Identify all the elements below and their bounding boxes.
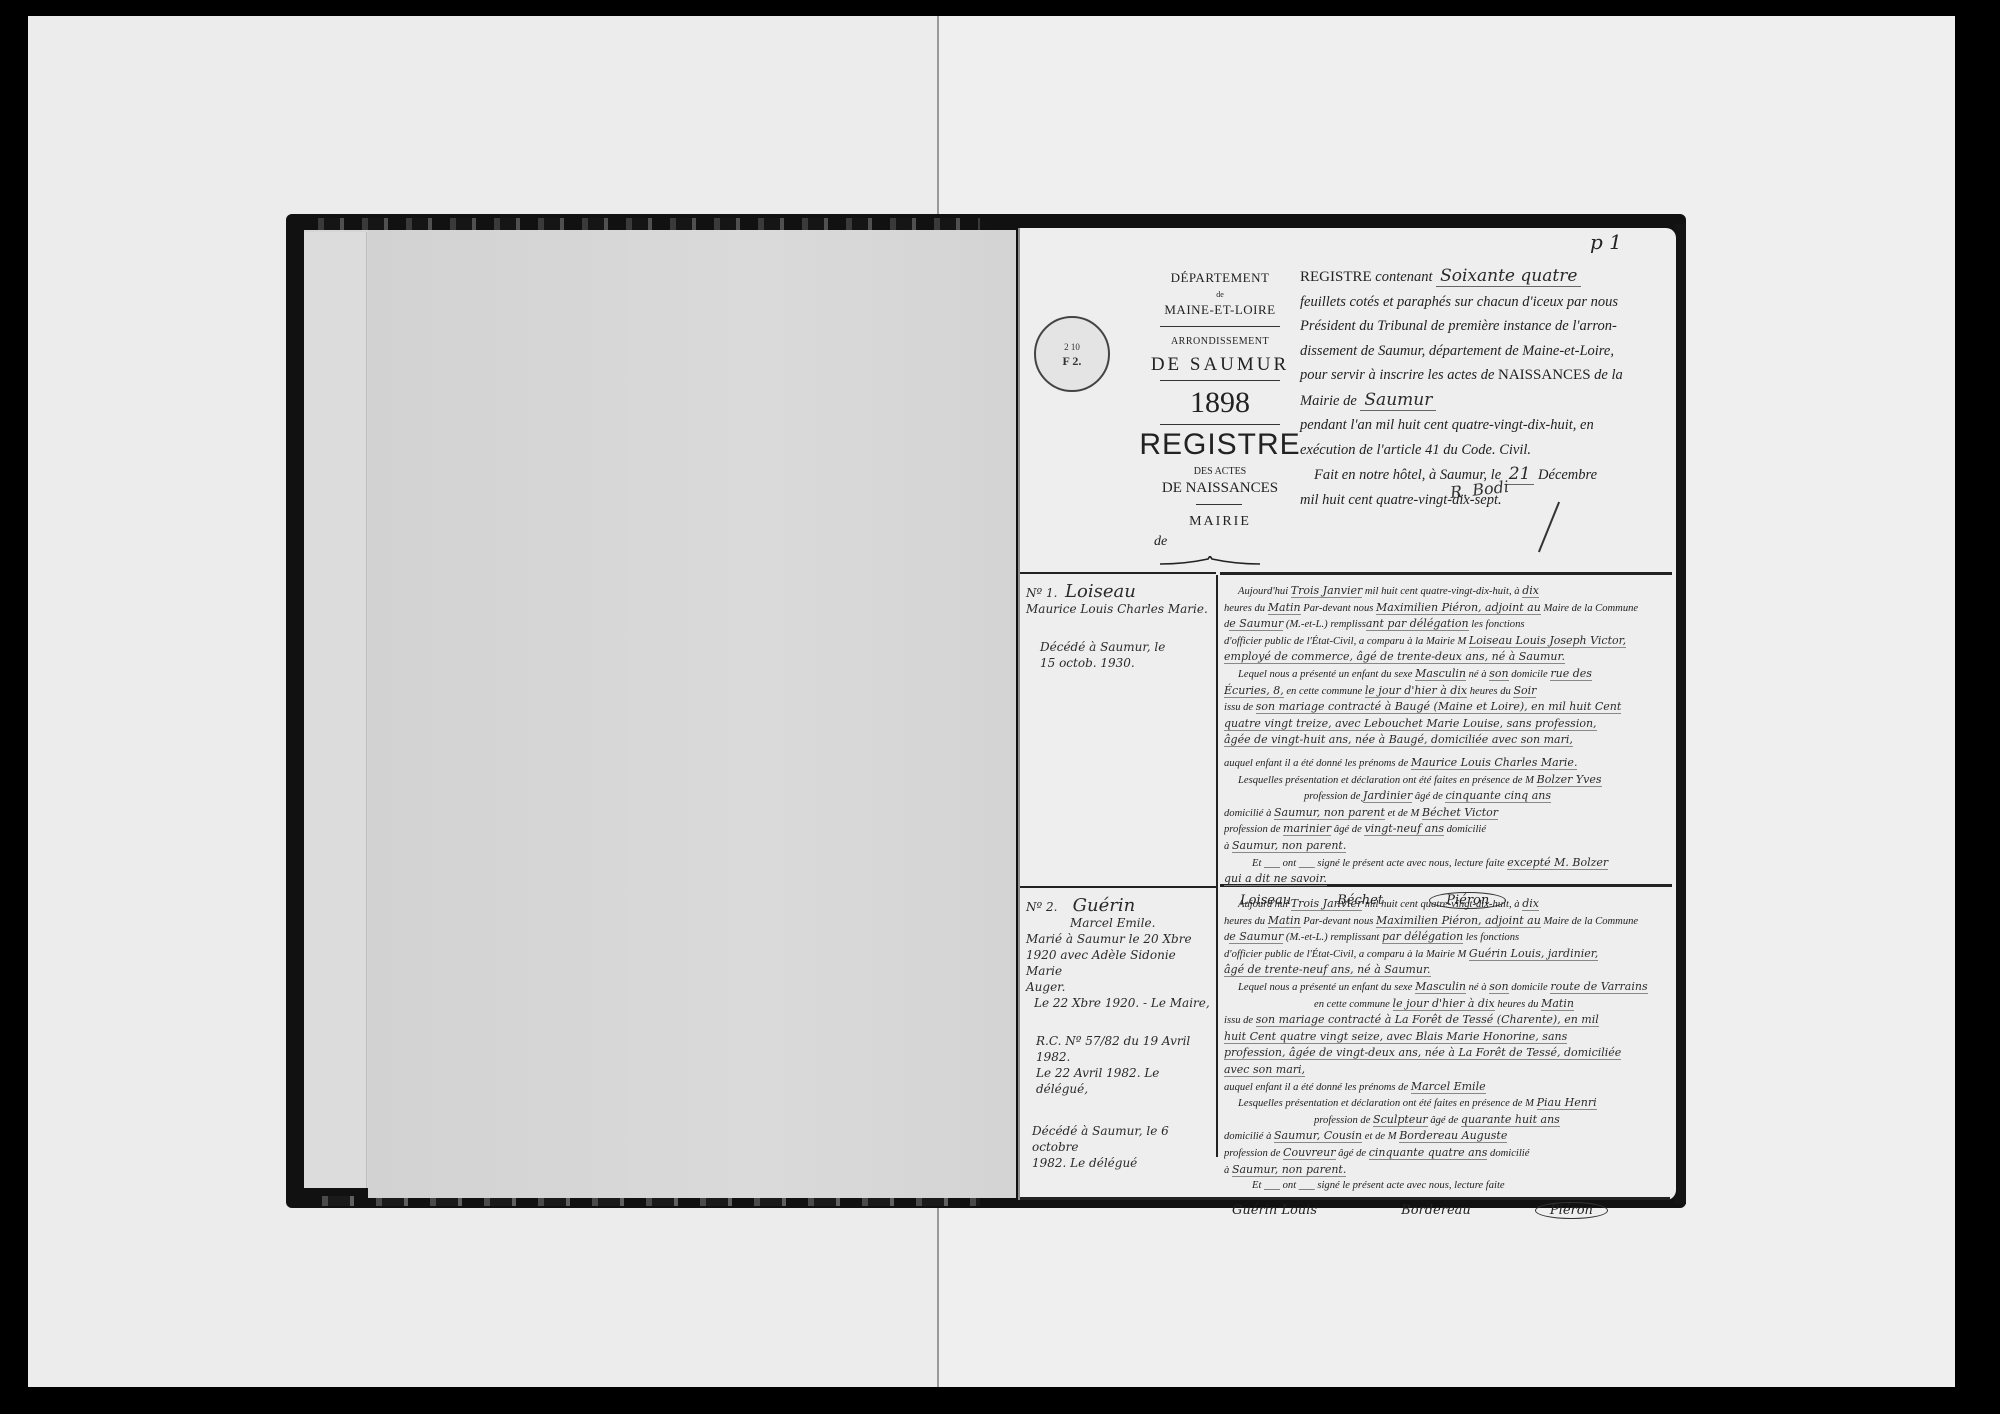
left-page-flyleaf bbox=[304, 232, 367, 1188]
entry-2-signatures: Guérin Louis Bordereau Piéron bbox=[1224, 1202, 1670, 1220]
margin-annotation: 1920 avec Adèle Sidonie Marie bbox=[1026, 947, 1212, 979]
margin-annotation: Marié à Saumur le 20 Xbre bbox=[1026, 931, 1212, 947]
act-line: employé de commerce, âgé de trente-deux … bbox=[1224, 649, 1670, 666]
act-line: Aujourd'hui Trois Janvier mil huit cent … bbox=[1224, 583, 1670, 600]
intro-line: pendant l'an mil huit cent quatre-vingt-… bbox=[1300, 413, 1648, 438]
intro-text: contenant bbox=[1372, 269, 1436, 285]
intro-registre-word: REGISTRE bbox=[1300, 269, 1372, 285]
entry-surname: Loiseau bbox=[1065, 581, 1136, 602]
act-line: heures du Matin Par-devant nous Maximili… bbox=[1224, 913, 1670, 930]
entry-1-margin: Nº 1. Loiseau Maurice Louis Charles Mari… bbox=[1026, 584, 1212, 671]
act-line: auquel enfant il a été donné les prénoms… bbox=[1224, 755, 1670, 772]
act-line: Aujourd'hui Trois Janvier mil huit cent … bbox=[1224, 896, 1670, 913]
entry-1-act-text: Aujourd'hui Trois Janvier mil huit cent … bbox=[1224, 583, 1670, 909]
intro-naissances-word: NAISSANCES bbox=[1498, 367, 1591, 383]
margin-annotation: 1982. Le délégué bbox=[1026, 1155, 1212, 1171]
mairie-label: MAIRIE bbox=[1120, 514, 1320, 530]
act-line: en cette commune le jour d'hier à dix he… bbox=[1224, 996, 1670, 1013]
margin-annotation: Décédé à Saumur, le 6 octobre bbox=[1026, 1123, 1212, 1155]
act-line: profession de marinier âgé de vingt-neuf… bbox=[1224, 821, 1670, 838]
margin-annotation: R.C. Nº 57/82 du 19 Avril 1982. bbox=[1026, 1033, 1212, 1065]
act-line: issu de son mariage contracté à Baugé (M… bbox=[1224, 699, 1670, 716]
entry-2-margin: Nº 2. Guérin Marcel Emile. Marié à Saumu… bbox=[1026, 898, 1212, 1171]
department-de: de bbox=[1120, 290, 1320, 299]
left-page-blank-sheet bbox=[368, 230, 1016, 1198]
table-column-divider bbox=[1216, 575, 1218, 1157]
act-line: Lequel nous a présenté un enfant du sexe… bbox=[1224, 666, 1670, 683]
margin-annotation: Auger. bbox=[1026, 979, 1212, 995]
fiscal-stamp-seal-icon: 2 10 F 2. bbox=[1034, 316, 1110, 392]
act-line: avec son mari, bbox=[1224, 1062, 1670, 1079]
handwritten-leaf-count: Soixante quatre bbox=[1436, 266, 1581, 287]
act-line: à Saumur, non parent. bbox=[1224, 838, 1670, 855]
register-type: DE NAISSANCES bbox=[1120, 480, 1320, 497]
act-line: Et ___ ont ___ signé le présent acte ave… bbox=[1224, 1178, 1670, 1194]
entry-number: Nº 1. bbox=[1026, 586, 1057, 600]
entry-number-and-surname: Nº 1. Loiseau bbox=[1026, 584, 1212, 601]
act-line: issu de son mariage contracté à La Forêt… bbox=[1224, 1012, 1670, 1029]
act-line: Et ___ ont ___ signé le présent acte ave… bbox=[1224, 855, 1670, 872]
act-line: qui a dit ne savoir. bbox=[1224, 871, 1670, 888]
arrondissement-name: DE SAUMUR bbox=[1120, 354, 1320, 376]
act-line: de Saumur (M.-et-L.) remplissant par dél… bbox=[1224, 616, 1670, 633]
folio-number: p 1 bbox=[1590, 230, 1622, 254]
intro-line: REGISTRE contenant Soixante quatre bbox=[1300, 264, 1648, 290]
register-subtitle: DES ACTES bbox=[1120, 466, 1320, 477]
act-line: d'officier public de l'État-Civil, a com… bbox=[1224, 946, 1670, 963]
act-line: profession, âgée de vingt-deux ans, née … bbox=[1224, 1045, 1670, 1062]
act-line: domicilié à Saumur, Cousin et de M Borde… bbox=[1224, 1128, 1670, 1145]
intro-text: Décembre bbox=[1534, 467, 1597, 483]
table-rule-top-margin bbox=[1020, 572, 1216, 574]
act-line: heures du Matin Par-devant nous Maximili… bbox=[1224, 600, 1670, 617]
register-year: 1898 bbox=[1120, 386, 1320, 420]
intro-line: Président du Tribunal de première instan… bbox=[1300, 314, 1648, 339]
table-rule-entry-separator-margin bbox=[1020, 886, 1216, 888]
act-line: âgée de vingt-huit ans, née à Baugé, dom… bbox=[1224, 732, 1670, 749]
decorative-brace-icon bbox=[1160, 556, 1260, 566]
department-name: MAINE-ET-LOIRE bbox=[1120, 302, 1320, 318]
handwritten-commune: Saumur bbox=[1360, 390, 1436, 411]
act-line: quatre vingt treize, avec Lebouchet Mari… bbox=[1224, 716, 1670, 733]
act-line: Lequel nous a présenté un enfant du sexe… bbox=[1224, 979, 1670, 996]
margin-annotation: Décédé à Saumur, le bbox=[1026, 639, 1212, 655]
margin-annotation: Le 22 Xbre 1920. - Le Maire, bbox=[1026, 995, 1212, 1011]
intro-text: Mairie de bbox=[1300, 393, 1360, 409]
entry-number-and-surname: Nº 2. Guérin bbox=[1026, 898, 1212, 915]
act-line: à Saumur, non parent. bbox=[1224, 1162, 1670, 1179]
act-line: profession de Jardinier âgé de cinquante… bbox=[1224, 788, 1670, 805]
seal-value: F 2. bbox=[1036, 354, 1108, 369]
entry-surname: Guérin bbox=[1073, 895, 1136, 916]
act-line: Lesquelles présentation et déclaration o… bbox=[1224, 1095, 1670, 1112]
intro-text: de la bbox=[1591, 367, 1623, 383]
entry-given-names: Marcel Emile. bbox=[1026, 915, 1212, 931]
intro-line: feuillets cotés et paraphés sur chacun d… bbox=[1300, 290, 1648, 315]
handwritten-day: 21 bbox=[1505, 464, 1535, 485]
intro-line: dissement de Saumur, département de Main… bbox=[1300, 339, 1648, 364]
act-line: huit Cent quatre vingt seize, avec Blais… bbox=[1224, 1029, 1670, 1046]
intro-text: pour servir à inscrire les actes de bbox=[1300, 367, 1498, 383]
signature: Guérin Louis bbox=[1232, 1203, 1317, 1219]
act-line: profession de Couvreur âgé de cinquante … bbox=[1224, 1145, 1670, 1162]
entry-given-names: Maurice Louis Charles Marie. bbox=[1026, 601, 1212, 617]
mairie-de: de bbox=[1154, 534, 1167, 550]
act-line: Écuries, 8, en cette commune le jour d'h… bbox=[1224, 683, 1670, 700]
entry-2-act-text: Aujourd'hui Trois Janvier mil huit cent … bbox=[1224, 896, 1670, 1219]
register-certification-paragraph: REGISTRE contenant Soixante quatre feuil… bbox=[1300, 264, 1648, 512]
intro-line: pour servir à inscrire les actes de NAIS… bbox=[1300, 363, 1648, 388]
act-line: de Saumur (M.-et-L.) remplissant par dél… bbox=[1224, 929, 1670, 946]
intro-line: Mairie de Saumur bbox=[1300, 388, 1648, 414]
arrondissement-label: ARRONDISSEMENT bbox=[1120, 336, 1320, 347]
header-rule bbox=[1160, 424, 1280, 425]
header-rule bbox=[1160, 380, 1280, 381]
act-line: domicilié à Saumur, non parent et de M B… bbox=[1224, 805, 1670, 822]
intro-line: exécution de l'article 41 du Code. Civil… bbox=[1300, 438, 1648, 463]
act-line: âgé de trente-neuf ans, né à Saumur. bbox=[1224, 962, 1670, 979]
act-line: auquel enfant il a été donné les prénoms… bbox=[1224, 1079, 1670, 1096]
seal-text: 2 10 bbox=[1036, 342, 1108, 352]
table-rule-top-main bbox=[1220, 572, 1672, 575]
signature: Bordereau bbox=[1401, 1203, 1471, 1219]
margin-annotation: 15 octob. 1930. bbox=[1026, 655, 1212, 671]
margin-annotation: Le 22 Avril 1982. Le délégué, bbox=[1026, 1065, 1212, 1097]
signature: Piéron bbox=[1535, 1202, 1608, 1220]
entry-number: Nº 2. bbox=[1026, 900, 1057, 914]
act-line: d'officier public de l'État-Civil, a com… bbox=[1224, 633, 1670, 650]
department-label: DÉPARTEMENT bbox=[1120, 270, 1320, 286]
act-line: profession de Sculpteur âgé de quarante … bbox=[1224, 1112, 1670, 1129]
header-rule bbox=[1196, 504, 1242, 505]
header-rule bbox=[1160, 326, 1280, 327]
act-line: Lesquelles présentation et déclaration o… bbox=[1224, 772, 1670, 789]
register-title: REGISTRE bbox=[1120, 428, 1320, 462]
